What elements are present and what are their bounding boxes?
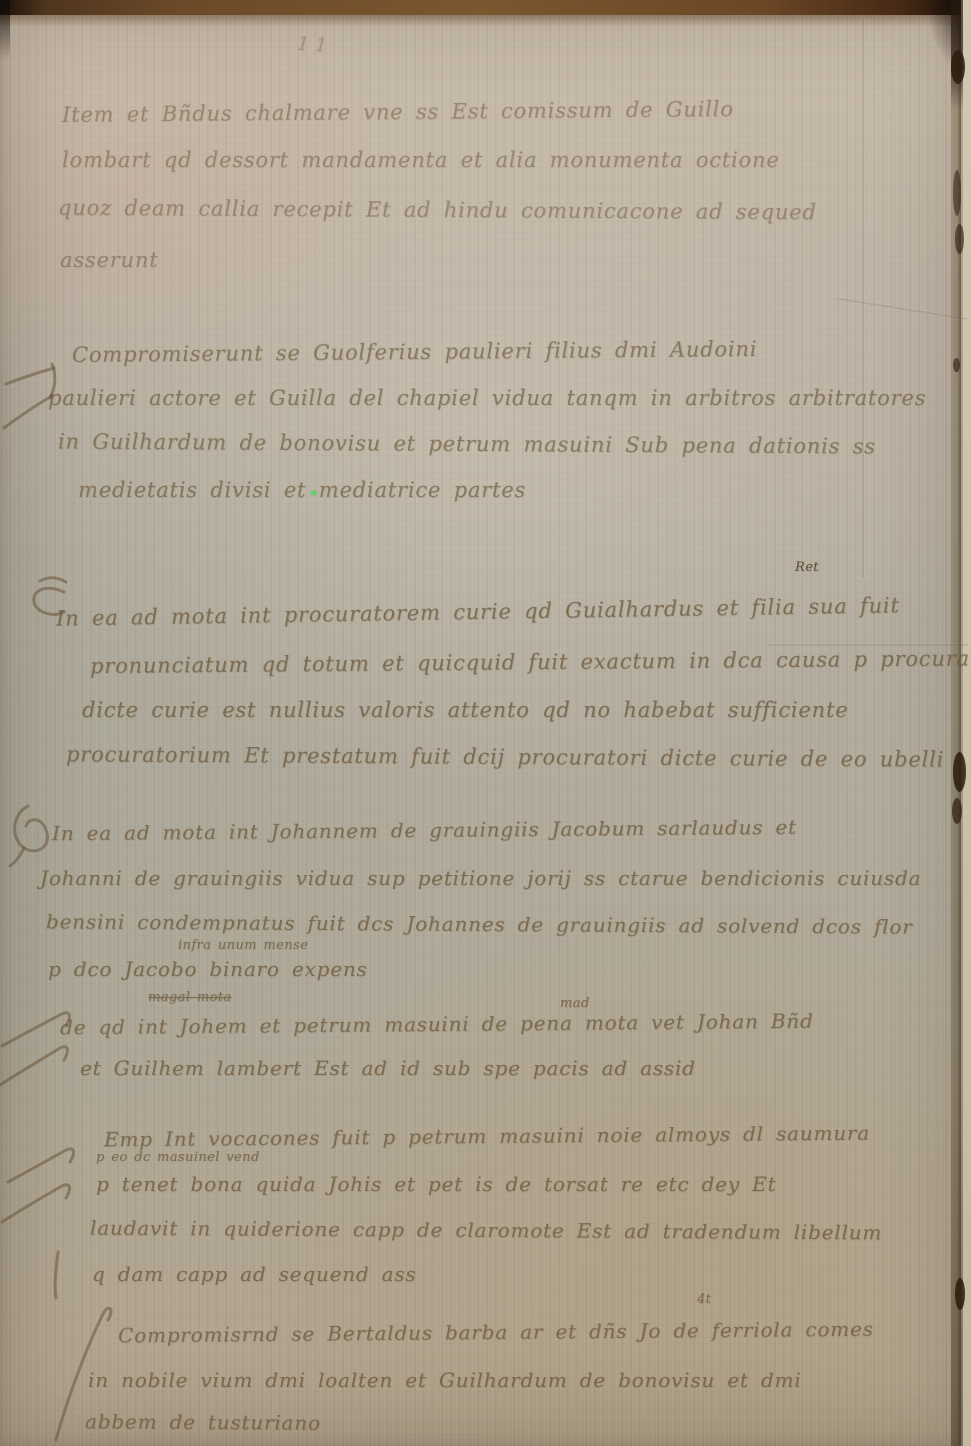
slash-mark <box>8 1149 73 1182</box>
manuscript-line: q dam capp ad sequend ass <box>92 1262 417 1286</box>
slash-mark <box>2 1185 69 1222</box>
dash-mark <box>55 1252 58 1298</box>
paper-crease <box>862 18 864 578</box>
check-mark <box>4 396 52 428</box>
slash-mark <box>0 1047 67 1085</box>
gutter-tear-spot <box>953 752 966 792</box>
manuscript-line: quoz deam callia recepit Et ad hindu com… <box>58 196 817 225</box>
manuscript-line: lombart qd dessort mandamenta et alia mo… <box>62 148 780 172</box>
manuscript-line: Item et Bñdus chalmare vne ss Est comiss… <box>62 97 734 127</box>
manuscript-line: medietatis divisi et mediatrice partes <box>78 478 526 502</box>
manuscript-line: abbem de tusturiano <box>85 1409 321 1434</box>
manuscript-line: procuratorium Et prestatum fuit dcij pro… <box>66 742 944 771</box>
marginal-ret-note: Ret <box>795 560 819 575</box>
manuscript-line: Emp Int vocacones fuit p petrum masuini … <box>104 1121 870 1152</box>
manuscript-line: Johanni de grauingiis vidua sup petition… <box>40 866 921 890</box>
manuscript-line: paulieri actore et Guilla del chapiel vi… <box>48 386 926 410</box>
struck-interlinear-note: magal mota <box>148 990 232 1005</box>
check-mark <box>6 368 54 384</box>
manuscript-line: In ea ad mota int procuratorem curie qd … <box>56 593 900 630</box>
e-paragraph-mark <box>40 578 66 582</box>
manuscript-page: 11 Item et Bñdus chalmare vne ss Est com… <box>0 0 971 1446</box>
gutter-tear-spot <box>955 1278 965 1310</box>
binding-top-shadow <box>0 15 971 27</box>
gutter-tear-spot <box>951 50 965 84</box>
interlinear-insertion: p eo dc masuinel vend <box>96 1150 260 1165</box>
manuscript-line: laudavit in quiderione capp de claromote… <box>90 1216 882 1245</box>
manuscript-line: in nobile vium dmi loalten et Guilhardum… <box>88 1368 801 1392</box>
folio-number: 11 <box>296 33 334 57</box>
manuscript-line: In ea ad mota int Johannem de grauingiis… <box>52 815 797 845</box>
gutter-tear-spot <box>953 358 960 372</box>
manuscript-line: p dco Jacobo binaro expens <box>48 957 368 981</box>
loop-flourish-mark <box>15 806 48 851</box>
manuscript-line: Compromisrnd se Bertaldus barba ar et dñ… <box>118 1317 874 1348</box>
superscript-note: mad <box>560 996 590 1011</box>
paragraph-mark: 4t <box>697 1292 711 1307</box>
manuscript-line: asserunt <box>60 248 158 272</box>
gutter-tear-spot <box>952 798 962 824</box>
interlinear-insertion: infra unum mense <box>178 938 308 953</box>
manuscript-line: et Guilhem lambert Est ad id sub spe pac… <box>80 1056 696 1080</box>
manuscript-line: bensini condempnatus fuit dcs Johannes d… <box>46 909 913 938</box>
paper-crease <box>839 298 968 320</box>
gutter-shadow <box>951 0 963 1446</box>
manuscript-line: Compromiserunt se Guolferius paulieri fi… <box>72 337 757 367</box>
gutter-tear-spot <box>953 170 961 216</box>
manuscript-line: dicte curie est nullius valoris attento … <box>82 698 848 722</box>
green-speck-artifact <box>312 491 316 495</box>
gutter-tear-spot <box>955 224 964 254</box>
binding-top-edge <box>0 0 971 15</box>
binding-left-edge <box>0 0 10 60</box>
manuscript-line: in Guilhardum de bonovisu et petrum masu… <box>58 430 876 459</box>
manuscript-line: pronunciatum qd totum et quicquid fuit e… <box>90 646 971 678</box>
manuscript-line: p tenet bona quida Johis et pet is de to… <box>96 1172 776 1196</box>
paper-crease <box>768 644 968 646</box>
loop-flourish-mark <box>10 848 24 866</box>
manuscript-line: de qd int Johem et petrum masuini de pen… <box>60 1009 814 1040</box>
